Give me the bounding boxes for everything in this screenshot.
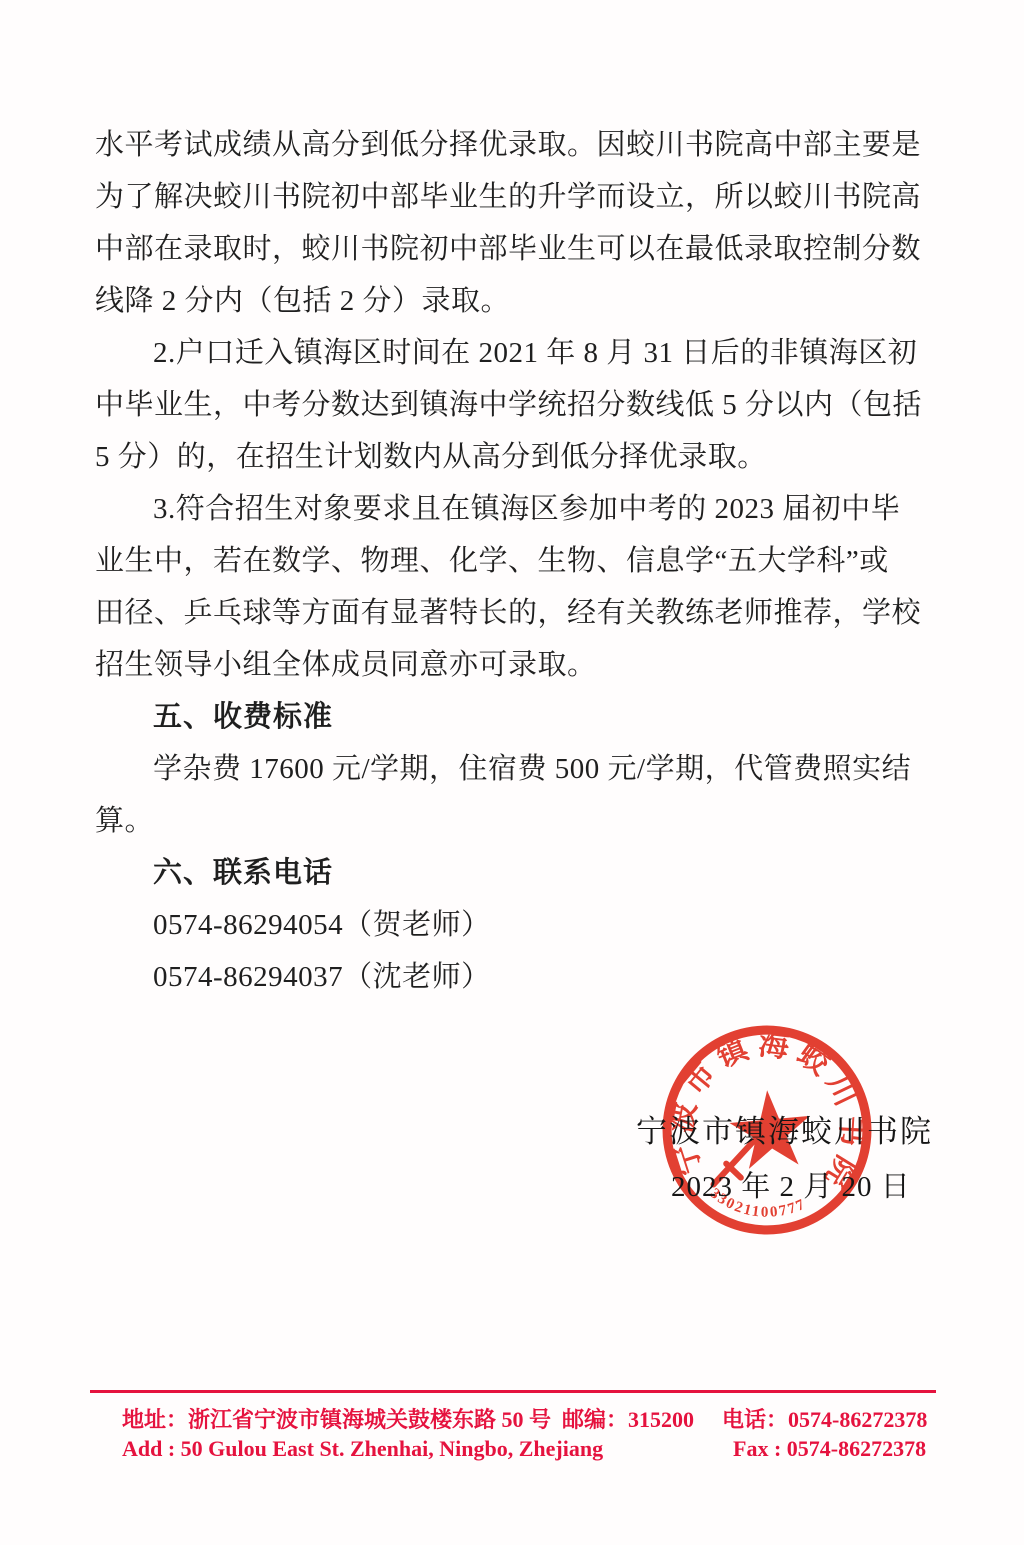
phone-line: 0574-86294054（贺老师）: [95, 899, 937, 951]
section-heading-contact: 六、联系电话: [95, 847, 937, 899]
section-heading-fees: 五、收费标准: [95, 691, 937, 743]
footer-zip-label: 邮编：: [562, 1407, 628, 1432]
footer-zip: 邮编：315200: [562, 1403, 694, 1434]
body-line: 算。: [95, 795, 937, 847]
signature-date: 2023 年 2 月 20 日: [671, 1164, 911, 1205]
footer-address: 地址：浙江省宁波市镇海城关鼓楼东路 50 号: [122, 1403, 551, 1434]
body-line: 3.符合招生对象要求且在镇海区参加中考的 2023 届初中毕: [95, 483, 937, 535]
footer-fax-value: 0574-86272378: [787, 1436, 926, 1461]
body-line: 中毕业生，中考分数达到镇海中学统招分数线低 5 分以内（包括: [95, 379, 937, 431]
body-line: 线降 2 分内（包括 2 分）录取。: [95, 275, 937, 327]
footer-zip-value: 315200: [628, 1407, 694, 1432]
document-page: 水平考试成绩从高分到低分择优录取。因蛟川书院高中部主要是 为了解决蛟川书院初中部…: [0, 0, 1024, 1545]
footer-divider: [90, 1390, 936, 1393]
body-line: 中部在录取时，蛟川书院初中部毕业生可以在最低录取控制分数: [95, 223, 937, 275]
body-line: 为了解决蛟川书院初中部毕业生的升学而设立，所以蛟川书院高: [95, 171, 937, 223]
footer-fax-label: Fax :: [733, 1436, 787, 1461]
body-line: 业生中，若在数学、物理、化学、生物、信息学“五大学科”或: [95, 535, 937, 587]
phone-line: 0574-86294037（沈老师）: [95, 951, 937, 1003]
footer-tel: 电话：0574-86272378: [722, 1403, 927, 1434]
body-line: 水平考试成绩从高分到低分择优录取。因蛟川书院高中部主要是: [95, 119, 937, 171]
body-line: 学杂费 17600 元/学期，住宿费 500 元/学期，代管费照实结: [95, 743, 937, 795]
footer-fax: Fax : 0574-86272378: [733, 1436, 926, 1462]
body-line: 招生领导小组全体成员同意亦可录取。: [95, 639, 937, 691]
footer-tel-value: 0574-86272378: [788, 1407, 927, 1432]
body-line: 2.户口迁入镇海区时间在 2021 年 8 月 31 日后的非镇海区初: [95, 327, 937, 379]
footer-address-label: 地址：: [122, 1407, 188, 1432]
document-body: 水平考试成绩从高分到低分择优录取。因蛟川书院高中部主要是 为了解决蛟川书院初中部…: [95, 119, 937, 1003]
footer-tel-label: 电话：: [722, 1407, 788, 1432]
signature-org: 宁波市镇海蛟川书院: [636, 1106, 933, 1151]
body-line: 田径、乒乓球等方面有显著特长的，经有关教练老师推荐，学校: [95, 587, 937, 639]
footer-address-value: 浙江省宁波市镇海城关鼓楼东路 50 号: [188, 1407, 551, 1432]
body-line: 5 分）的，在招生计划数内从高分到低分择优录取。: [95, 431, 937, 483]
footer-address-en: Add : 50 Gulou East St. Zhenhai, Ningbo,…: [122, 1436, 603, 1462]
